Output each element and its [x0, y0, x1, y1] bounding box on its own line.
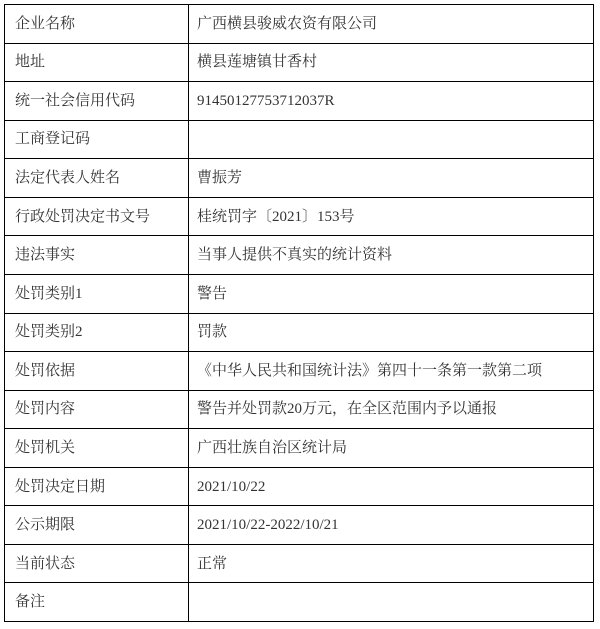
- row-value-penalty-basis: 《中华人民共和国统计法》第四十一条第一款第二项: [189, 352, 594, 391]
- row-value-decision-doc-number: 桂统罚字〔2021〕153号: [189, 197, 594, 236]
- table-row: 处罚类别2 罚款: [5, 313, 594, 352]
- penalty-info-table: 企业名称 广西横县骏威农资有限公司 地址 横县莲塘镇甘香村 统一社会信用代码 9…: [4, 4, 594, 622]
- table-row: 处罚机关 广西壮族自治区统计局: [5, 429, 594, 468]
- row-value-penalty-type-2: 罚款: [189, 313, 594, 352]
- row-value-penalty-authority: 广西壮族自治区统计局: [189, 429, 594, 468]
- table-row: 处罚依据 《中华人民共和国统计法》第四十一条第一款第二项: [5, 352, 594, 391]
- table-row: 地址 横县莲塘镇甘香村: [5, 43, 594, 82]
- row-value-business-reg-code: [189, 120, 594, 159]
- row-label-penalty-basis: 处罚依据: [5, 352, 189, 391]
- row-value-credit-code: 91450127753712037R: [189, 82, 594, 121]
- table-row: 当前状态 正常: [5, 544, 594, 583]
- table-row: 备注: [5, 583, 594, 622]
- row-label-penalty-authority: 处罚机关: [5, 429, 189, 468]
- table-row: 法定代表人姓名 曹振芳: [5, 159, 594, 198]
- row-label-decision-date: 处罚决定日期: [5, 467, 189, 506]
- row-label-company-name: 企业名称: [5, 5, 189, 44]
- table-row: 处罚类别1 警告: [5, 274, 594, 313]
- table-row: 工商登记码: [5, 120, 594, 159]
- row-value-legal-representative: 曹振芳: [189, 159, 594, 198]
- row-value-penalty-content: 警告并处罚款20万元，在全区范围内予以通报: [189, 390, 594, 429]
- row-label-legal-representative: 法定代表人姓名: [5, 159, 189, 198]
- row-label-business-reg-code: 工商登记码: [5, 120, 189, 159]
- table-row: 行政处罚决定书文号 桂统罚字〔2021〕153号: [5, 197, 594, 236]
- table-row: 处罚内容 警告并处罚款20万元，在全区范围内予以通报: [5, 390, 594, 429]
- table-row: 统一社会信用代码 91450127753712037R: [5, 82, 594, 121]
- row-label-publicity-period: 公示期限: [5, 506, 189, 545]
- table-row: 处罚决定日期 2021/10/22: [5, 467, 594, 506]
- table-row: 公示期限 2021/10/22-2022/10/21: [5, 506, 594, 545]
- row-label-illegal-facts: 违法事实: [5, 236, 189, 275]
- row-label-penalty-content: 处罚内容: [5, 390, 189, 429]
- row-label-decision-doc-number: 行政处罚决定书文号: [5, 197, 189, 236]
- row-value-remarks: [189, 583, 594, 622]
- row-value-penalty-type-1: 警告: [189, 274, 594, 313]
- row-label-penalty-type-2: 处罚类别2: [5, 313, 189, 352]
- row-value-current-status: 正常: [189, 544, 594, 583]
- row-label-penalty-type-1: 处罚类别1: [5, 274, 189, 313]
- table-row: 企业名称 广西横县骏威农资有限公司: [5, 5, 594, 44]
- row-value-illegal-facts: 当事人提供不真实的统计资料: [189, 236, 594, 275]
- row-label-address: 地址: [5, 43, 189, 82]
- table-row: 违法事实 当事人提供不真实的统计资料: [5, 236, 594, 275]
- row-label-remarks: 备注: [5, 583, 189, 622]
- row-value-decision-date: 2021/10/22: [189, 467, 594, 506]
- row-value-address: 横县莲塘镇甘香村: [189, 43, 594, 82]
- row-label-credit-code: 统一社会信用代码: [5, 82, 189, 121]
- row-label-current-status: 当前状态: [5, 544, 189, 583]
- row-value-publicity-period: 2021/10/22-2022/10/21: [189, 506, 594, 545]
- row-value-company-name: 广西横县骏威农资有限公司: [189, 5, 594, 44]
